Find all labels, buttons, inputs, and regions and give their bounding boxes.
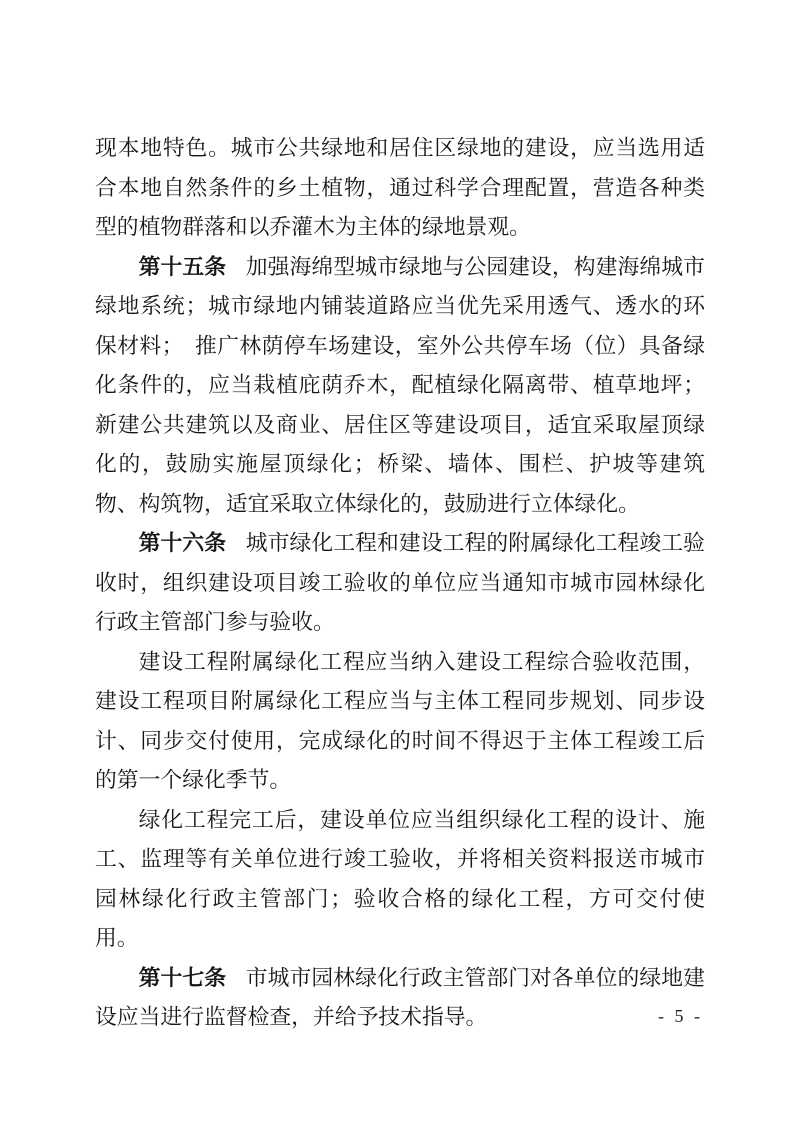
- paragraph-text: 绿化工程完工后，建设单位应当组织绿化工程的设计、施工、监理等有关单位进行竣工验收…: [95, 807, 705, 951]
- paragraph-continuation: 现本地特色。城市公共绿地和居住区绿地的建设，应当选用适合本地自然条件的乡土植物，…: [95, 128, 705, 247]
- page-number: - 5 -: [0, 1006, 703, 1027]
- article-number: 第十六条: [139, 530, 227, 555]
- paragraph-article-16: 第十六条城市绿化工程和建设工程的附属绿化工程竣工验收时，组织建设项目竣工验收的单…: [95, 523, 705, 642]
- document-page: 现本地特色。城市公共绿地和居住区绿地的建设，应当选用适合本地自然条件的乡土植物，…: [0, 0, 793, 1122]
- paragraph-text: 加强海绵型城市绿地与公园建设，构建海绵城市绿地系统；城市绿地内铺装道路应当优先采…: [95, 254, 705, 516]
- document-body: 现本地特色。城市公共绿地和居住区绿地的建设，应当选用适合本地自然条件的乡土植物，…: [95, 128, 705, 1037]
- article-number: 第十五条: [139, 254, 227, 279]
- paragraph-article-15: 第十五条加强海绵型城市绿地与公园建设，构建海绵城市绿地系统；城市绿地内铺装道路应…: [95, 247, 705, 524]
- paragraph-completion-acceptance: 绿化工程完工后，建设单位应当组织绿化工程的设计、施工、监理等有关单位进行竣工验收…: [95, 800, 705, 958]
- paragraph-text: 建设工程附属绿化工程应当纳入建设工程综合验收范围，建设工程项目附属绿化工程应当与…: [95, 649, 705, 793]
- paragraph-text: 现本地特色。城市公共绿地和居住区绿地的建设，应当选用适合本地自然条件的乡土植物，…: [95, 135, 705, 239]
- article-number: 第十七条: [139, 965, 227, 990]
- paragraph-acceptance-scope: 建设工程附属绿化工程应当纳入建设工程综合验收范围，建设工程项目附属绿化工程应当与…: [95, 642, 705, 800]
